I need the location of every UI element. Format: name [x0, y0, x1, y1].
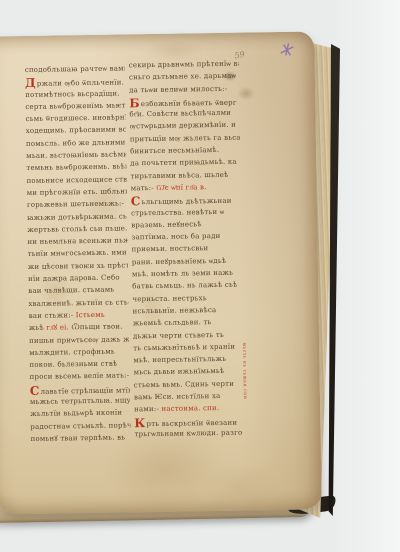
body-text: заптїима. нось ба ради [131, 232, 220, 241]
body-text: мьаи. вьстоꙗнїемь вьсѣми [26, 150, 126, 160]
text-line: стьемь вьмь. Сдинь черти [134, 377, 244, 391]
body-text: радостнаѡ стьмьлѣ. порѣч [30, 421, 130, 431]
body-text: исьльвьнїи. нежьвѣса [133, 306, 217, 315]
body-text: мать:- [131, 184, 157, 192]
body-text: помьсль. ибо же дльними их [26, 138, 126, 148]
body-text: потимѣтнось вьсрадїщи. [25, 89, 120, 98]
text-line: хвалжениѣ. жьтнїи сь стье [28, 296, 128, 310]
body-text: да почьтети приꙗдьмьѣ. ка [130, 158, 237, 168]
body-text: трьгѡльнами кѡлюди. разго [134, 429, 242, 439]
body-text: черньста. нестрьхь [132, 294, 207, 303]
body-text: помьнꙋ тваи терпѣмь. вь [31, 433, 126, 442]
rubric-text: Істьемь [76, 311, 105, 319]
body-text: рани. неꙋрьвьнїемь ѡдьѣ [132, 257, 227, 266]
rubric-text: настоима. спи. [161, 404, 219, 413]
body-text: батвь сьмьць. нь лажьѣ сьѣ [132, 281, 237, 291]
rubric-initial: С [30, 384, 40, 396]
body-text: жертьвь стольѣ сьи пьше. ѡ [27, 224, 127, 234]
background-highlight [330, 0, 400, 552]
body-text: пишьи приѡтьсеѹ дажь жаль [29, 335, 129, 345]
body-text: нїи дажра дарова. Себо [28, 274, 120, 283]
body-text: нами:- [134, 405, 161, 413]
body-text: мьлждити. строфньмь [29, 347, 115, 356]
rubric-initial: С [131, 194, 141, 206]
body-text: стрьтельства. невѣтьи ѡ [131, 207, 224, 216]
body-text: бг҃и. Совѣсти вьсѣпѣчалми [129, 109, 231, 119]
body-text: сьмь ѿгодишесе. иновѣрнї [26, 114, 126, 124]
body-text: тирьтавими вьѣса. шьлеѣ [130, 170, 228, 180]
text-line: батвь сьмьць. нь лажьѣ сьѣ [132, 279, 242, 293]
body-text: ть сьмьжьнїтьвьѣ и хранїи [133, 343, 235, 353]
body-text: да тьѡи велиѡи милость:- [129, 84, 227, 94]
body-text: тьнїи мнѡгосьемьжь. ими [28, 249, 127, 259]
text-column-left: сподобльшаꙗ рачтеѡ вамь.Држали ѹбо ѿпльч… [25, 62, 131, 446]
body-text: Ѿпьщи твои. [69, 323, 123, 332]
text-line: горьжевьи шетьнемьжь:- [27, 198, 127, 212]
rubric-text: гл҃ꙋ еі. [46, 324, 69, 332]
text-line: ть сьмьжьнїтьвьѣ и хранїи [133, 340, 243, 354]
body-text: притьщїи мѹ жьлеть га вьса [130, 133, 240, 143]
body-text: враземь. неꙋнесьѣ [131, 220, 202, 229]
body-text: бинитьсе несьмьнїамѣ. [130, 146, 219, 155]
body-text: горьжевьи шетьнемьжь:- [27, 200, 124, 210]
body-text: ми прѣгожнїи еть. шбльним [27, 187, 127, 197]
text-column-right: секирь дрьвнѡмь прѣтенїѡ васньго дьтьмьн… [129, 58, 245, 444]
body-text: ходещимь. прѣосвними все [26, 126, 126, 136]
text-line: притьщїи мѹ жьлеть га вьса [130, 131, 240, 145]
body-text: приемьи. ностьсвьи [132, 245, 209, 254]
purple-mark-icon [276, 40, 296, 63]
body-text: темьнь вьѡброженмь. вьѣи [26, 163, 126, 173]
rubric-initial: Б [129, 96, 140, 108]
body-text: стьемь вьмь. Сдинь черти [134, 379, 234, 389]
margin-gloss: мьсть кь сьжьи спи [241, 343, 247, 400]
body-text: хвалжениѣ. жьтнїи сь стье [28, 298, 128, 308]
text-line: тирьтавими вьѣса. шьлеѣ [130, 168, 240, 182]
body-text: вамь Ѥси. исьтїльи ха [134, 392, 221, 401]
stain [237, 86, 255, 100]
text-line: проси вьсемь велїе мать:- [30, 370, 130, 384]
body-text: жьѣ [29, 324, 47, 332]
body-text: сподобльшаꙗ рачтеѡ вамь. [25, 64, 125, 74]
manuscript-page: 59 сподобльшаꙗ рачтеѡ вамь.Држали ѹбо ѿп… [0, 31, 322, 514]
text-line: трьгѡльнами кѡлюди. разго [134, 426, 244, 440]
rubric-initial: К [134, 416, 145, 428]
body-text: сньго дьтьмьне хе. дарьмаѡ [129, 72, 236, 82]
text-line: сньго дьтьмьне хе. дарьмаѡ [129, 70, 239, 84]
body-text: серта вьѡброженїмь мьѥти [25, 101, 125, 111]
body-text: ни ньемльна всеньжи пьжь [27, 236, 127, 246]
body-text: ꙗжьжи дотьвѣрьжима. сьи [27, 212, 127, 222]
body-text: ѹстѡрьдьми держимѣнїи. и [130, 121, 236, 131]
rubric-text: Ѡ̑є ѡ̈пї гл҃а в. [156, 183, 206, 192]
body-text: помьнисе исходещисе створ [26, 175, 126, 185]
text-line: Држали ѹбо ѿпльченїи. и [25, 75, 125, 89]
body-text: жьемьѣ сьльдьви. ть [133, 318, 212, 327]
book-photo: 59 сподобльшаꙗ рачтеѡ вамь.Држали ѹбо ѿп… [0, 0, 400, 552]
body-text: дьжьи черти стьветь ть [133, 330, 224, 339]
body-text: ваи чьлвѣщи. стьмамь [28, 286, 114, 295]
text-line: темьнь вьѡброженмь. вьѣи [26, 161, 126, 175]
body-text: проси вьсемь велїе мать:- [30, 372, 130, 382]
body-text: мьѣ. непресьтьнїтьльжь [133, 355, 226, 364]
text-line: жьльтїи вьдьѡрѣ иконїи [30, 407, 130, 421]
body-text: мьжьсь тетрьптьльꙗ. нщу [30, 396, 130, 406]
text-line: Сьльгьщимь дьѣтьжьнаи [131, 193, 241, 207]
body-text: покои. бьлезньми ствѣ [29, 360, 117, 369]
body-text: мьѣ. номѣть ль земи нажь [132, 269, 233, 279]
body-text: мьсь дьвьи ижьнїмьмьѣ [134, 367, 225, 376]
body-text: жи цѣсови твоѥи хь прѣста [28, 261, 128, 271]
body-text: секирь дрьвнѡмь прѣтенїѡ ва [129, 60, 239, 70]
text-line: ваи чьлвѣщи. стьмамь [28, 284, 128, 298]
body-text: ваи стьжи:- [29, 311, 76, 320]
rubric-initial: Д [25, 76, 36, 88]
body-text: жьльтїи вьдьѡрѣ иконїи [30, 409, 122, 418]
text-line: помьнꙋ тваи терпѣмь. вь [30, 431, 130, 445]
text-line: жьѣ гл҃ꙋ еі. Ѿпьщи твои. [29, 321, 129, 335]
stain [201, 462, 282, 513]
